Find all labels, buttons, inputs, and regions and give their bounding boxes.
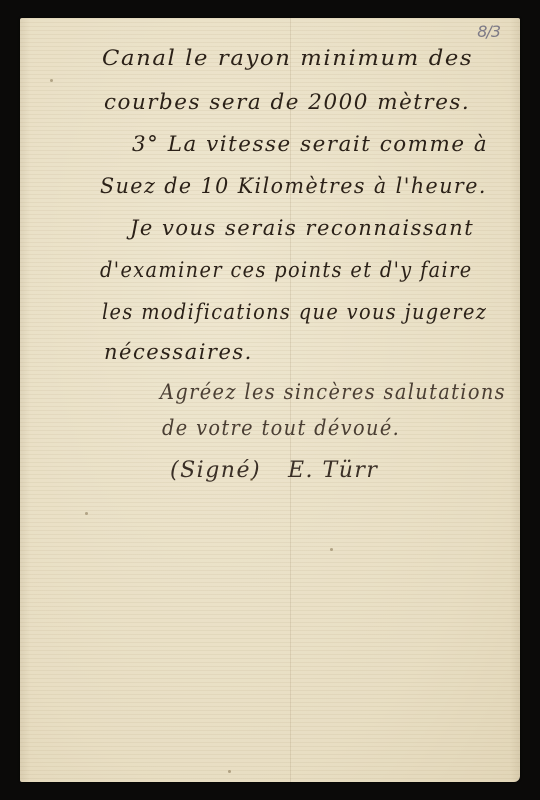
text-line-4: Suez de 10 Kilomètres à l'heure.: [100, 174, 487, 198]
paper-spot: [250, 478, 253, 481]
signature-prefix: (Signé): [170, 458, 261, 483]
text-line-2: courbes sera de 2000 mètres.: [104, 90, 470, 114]
folio-number: 8/3: [477, 22, 500, 41]
text-line-6: d'examiner ces points et d'y faire: [100, 258, 473, 282]
paper-spot: [228, 770, 231, 773]
closing-line-2: de votre tout dévoué.: [162, 416, 400, 440]
text-line-5: Je vous serais reconnaissant: [130, 216, 474, 240]
closing-line-1: Agréez les sincères salutations: [160, 380, 506, 404]
text-line-8: nécessaires.: [104, 340, 253, 364]
text-line-1: Canal le rayon minimum des: [102, 46, 473, 70]
signature-name: E. Türr: [288, 458, 378, 483]
paper-spot: [50, 79, 53, 82]
text-line-7: les modifications que vous jugerez: [102, 300, 487, 324]
paper-spot: [85, 512, 88, 515]
paper-spot: [330, 548, 333, 551]
text-line-3: 3° La vitesse serait comme à: [132, 132, 488, 156]
letter-page: 8/3 Canal le rayon minimum des courbes s…: [20, 18, 520, 782]
